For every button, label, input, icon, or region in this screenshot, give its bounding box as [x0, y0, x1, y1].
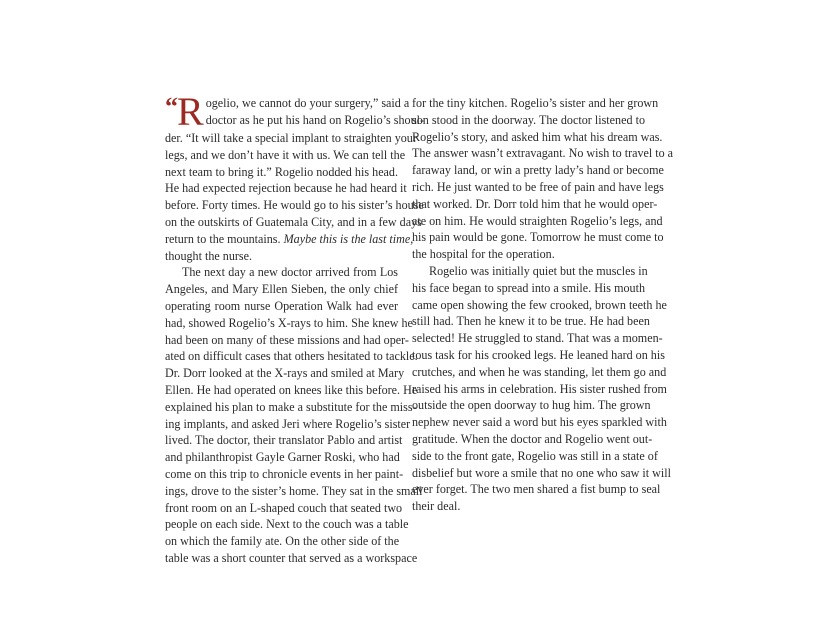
text-line: raised his arms in celebration. His sist… — [412, 381, 645, 398]
text-line: ings, drove to the sister’s home. They s… — [165, 483, 398, 500]
text-line-with-italic: return to the mountains. Maybe this is t… — [165, 231, 398, 248]
paragraph-4: Rogelio was initially quiet but the musc… — [412, 263, 645, 515]
text-line: and philanthropist Gayle Garner Roski, w… — [165, 449, 398, 466]
text-line: had, showed Rogelio’s X-rays to him. She… — [165, 315, 398, 332]
text-line: son stood in the doorway. The doctor lis… — [412, 112, 645, 129]
text-line: tous task for his crooked legs. He leane… — [412, 347, 645, 364]
text-line: ate on him. He would straighten Rogelio’… — [412, 213, 645, 230]
text-line: table was a short counter that served as… — [165, 550, 398, 567]
paragraph-2: The next day a new doctor arrived from L… — [165, 264, 398, 566]
text-line: people on each side. Next to the couch w… — [165, 516, 398, 533]
left-column: “R ogelio, we cannot do your surgery,” s… — [165, 95, 398, 567]
text-line: their deal. — [412, 498, 645, 515]
text-line: nephew never said a word but his eyes sp… — [412, 414, 645, 431]
text-line: outside the open doorway to hug him. The… — [412, 397, 645, 414]
text-line: ever forget. The two men shared a fist b… — [412, 481, 645, 498]
text-line: He had expected rejection because he had… — [165, 180, 398, 197]
text-line: side to the front gate, Rogelio was stil… — [412, 448, 645, 465]
text-line: Ellen. He had operated on knees like thi… — [165, 382, 398, 399]
text-line: had been on many of these missions and h… — [165, 332, 398, 349]
text-line: The answer wasn’t extravagant. No wish t… — [412, 145, 645, 162]
text-line: legs, and we don’t have it with us. We c… — [165, 147, 398, 164]
text-line: gratitude. When the doctor and Rogelio w… — [412, 431, 645, 448]
text-line: ated on difficult cases that others hesi… — [165, 348, 398, 365]
text-line: Dr. Dorr looked at the X-rays and smiled… — [165, 365, 398, 382]
paragraph-1: “R ogelio, we cannot do your surgery,” s… — [165, 95, 398, 264]
text-line: Rogelio’s story, and asked him what his … — [412, 129, 645, 146]
text-line: selected! He struggled to stand. That wa… — [412, 330, 645, 347]
text-line: on which the family ate. On the other si… — [165, 533, 398, 550]
text-line: Rogelio was initially quiet but the musc… — [412, 263, 645, 280]
text-line: next team to bring it.” Rogelio nodded h… — [165, 164, 398, 181]
drop-cap-letter: R — [177, 89, 204, 134]
text-line: before. Forty times. He would go to his … — [165, 197, 398, 214]
paragraph-3: for the tiny kitchen. Rogelio’s sister a… — [412, 95, 645, 263]
drop-cap-quote: “ — [165, 92, 177, 121]
text-line: still had. Then he knew it to be true. H… — [412, 313, 645, 330]
text-fragment: return to the mountains. — [165, 232, 281, 246]
text-line: The next day a new doctor arrived from L… — [165, 264, 398, 281]
text-line: for the tiny kitchen. Rogelio’s sister a… — [412, 95, 645, 112]
text-line: come on this trip to chronicle events in… — [165, 466, 398, 483]
text-line: crutches, and when he was standing, let … — [412, 364, 645, 381]
text-line: his face began to spread into a smile. H… — [412, 280, 645, 297]
text-line: operating room nurse Operation Walk had … — [165, 298, 398, 315]
text-line: front room on an L-shaped couch that sea… — [165, 500, 398, 517]
text-line: on the outskirts of Guatemala City, and … — [165, 214, 398, 231]
drop-cap: “R — [165, 96, 204, 130]
text-line: came open showing the few crooked, brown… — [412, 297, 645, 314]
text-line: that worked. Dr. Dorr told him that he w… — [412, 196, 645, 213]
right-column: for the tiny kitchen. Rogelio’s sister a… — [412, 95, 645, 515]
text-line: explained his plan to make a substitute … — [165, 399, 398, 416]
text-line: disbelief but wore a smile that no one w… — [412, 465, 645, 482]
text-line: lived. The doctor, their translator Pabl… — [165, 432, 398, 449]
text-line: faraway land, or win a pretty lady’s han… — [412, 162, 645, 179]
text-line: rich. He just wanted to be free of pain … — [412, 179, 645, 196]
italic-thought: Maybe this is the last time, — [284, 232, 414, 246]
text-line: the hospital for the operation. — [412, 246, 645, 263]
text-line: ing implants, and asked Jeri where Rogel… — [165, 416, 398, 433]
text-line: Angeles, and Mary Ellen Sieben, the only… — [165, 281, 398, 298]
text-line: his pain would be gone. Tomorrow he must… — [412, 229, 645, 246]
document-page: “R ogelio, we cannot do your surgery,” s… — [0, 0, 825, 642]
text-line: thought the nurse. — [165, 248, 398, 265]
